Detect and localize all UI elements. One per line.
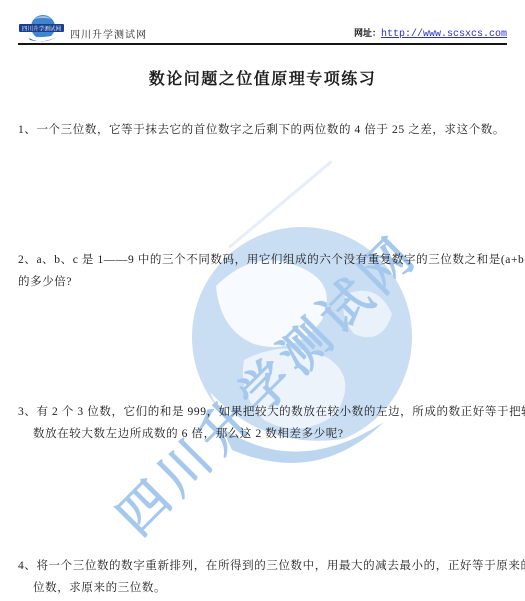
site-logo: 四川升学测试网 四川升学测试网	[18, 13, 147, 42]
question-4-line-2: 位数，求原来的三位数。	[18, 577, 525, 599]
question-1-line-1: 1、一个三位数，它等于抹去它的首位数字之后剩下的两位数的 4 倍于 25 之差，…	[18, 119, 505, 141]
question-2-line-2: 的多少倍?	[18, 271, 525, 293]
site-url: 网址：http://www.scsxcs.com	[354, 26, 507, 42]
question-4: 4、将一个三位数的数字重新排列，在所得到的三位数中，用最大的减去最小的，正好等于…	[18, 555, 525, 599]
url-link[interactable]: http://www.scsxcs.com	[381, 29, 507, 40]
url-label: 网址：	[354, 28, 381, 38]
watermark-swoosh-line	[228, 160, 333, 248]
question-4-line-1: 4、将一个三位数的数字重新排列，在所得到的三位数中，用最大的减去最小的，正好等于…	[18, 555, 525, 577]
question-3-line-1: 3、有 2 个 3 位数，它们的和是 999，如果把较大的数放在较小数的左边，所…	[18, 401, 525, 423]
page-title: 数论问题之位值原理专项练习	[0, 66, 525, 89]
question-3-line-2: 数放在较大数左边所成数的 6 倍，那么这 2 数相差多少呢?	[18, 423, 525, 445]
page-header: 四川升学测试网 四川升学测试网 网址：http://www.scsxcs.com	[18, 0, 507, 45]
question-2-line-1: 2、a、b、c 是 1——9 中的三个不同数码，用它们组成的六个没有重复数字的三…	[18, 249, 525, 271]
logo-badge-text: 四川升学测试网	[22, 24, 62, 32]
document-page: 四川升学测试网 四川升学测试网 四川升学测试网 网址：http://www.sc…	[0, 0, 525, 601]
question-1: 1、一个三位数，它等于抹去它的首位数字之后剩下的两位数的 4 倍于 25 之差，…	[18, 119, 505, 141]
question-2: 2、a、b、c 是 1——9 中的三个不同数码，用它们组成的六个没有重复数字的三…	[18, 249, 525, 293]
watermark: 四川升学测试网	[0, 0, 525, 601]
site-name-label: 四川升学测试网	[70, 26, 147, 42]
globe-logo-icon: 四川升学测试网	[18, 13, 66, 44]
question-3: 3、有 2 个 3 位数，它们的和是 999，如果把较大的数放在较小数的左边，所…	[18, 401, 525, 445]
